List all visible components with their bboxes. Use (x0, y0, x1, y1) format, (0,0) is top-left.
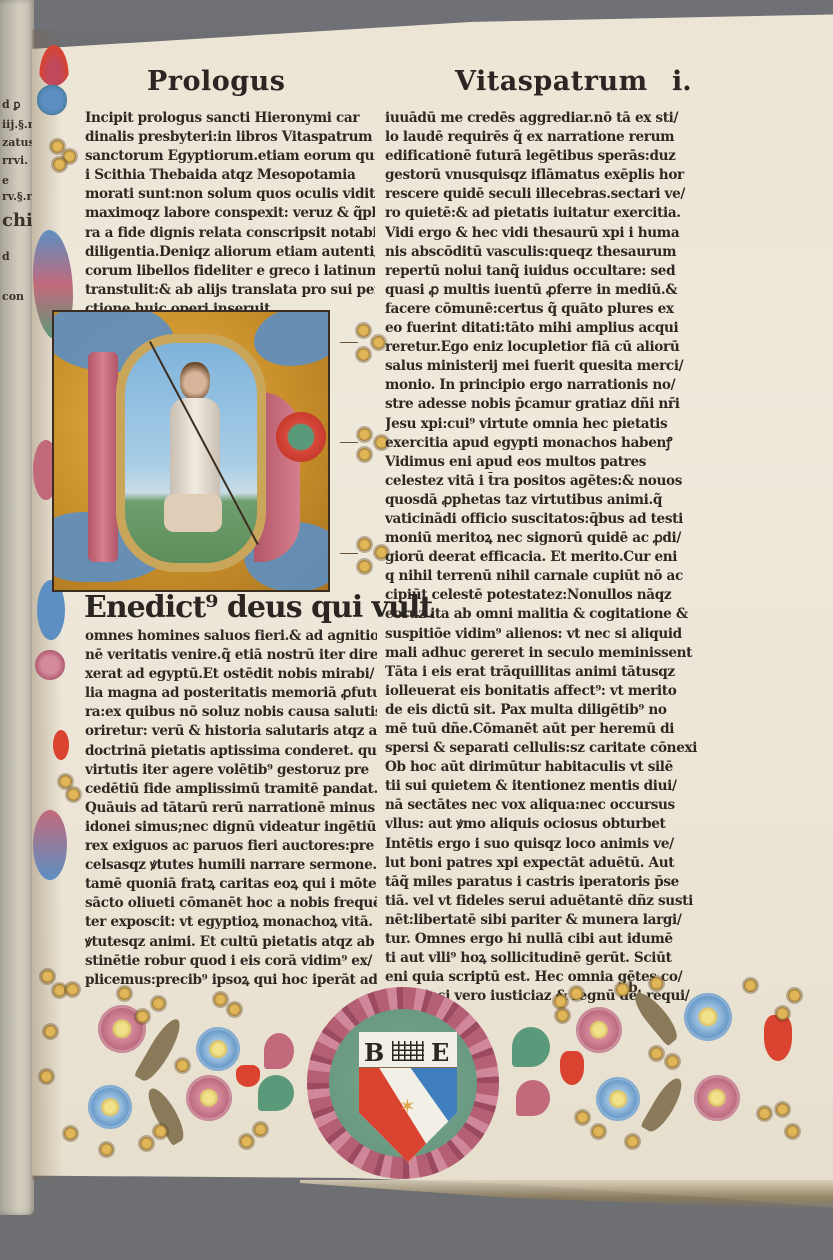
portcullis-icon (392, 1041, 424, 1061)
gold-disc-icon (650, 977, 663, 990)
gold-disc-icon (626, 1135, 639, 1148)
text-line: oriretur: verū & historia salutaris atqz… (85, 722, 377, 741)
hermit-head (180, 362, 210, 400)
text-line: repertū nolui tanq̃ iuidus occultare: se… (385, 262, 703, 281)
text-line: sanctorum Egyptiorum.etiam eorum qui (85, 147, 375, 166)
star-icon: ✶ (399, 1094, 416, 1118)
text-line: rex exiguos ac paruos fieri auctores:pre (85, 837, 377, 856)
prologue-text-column-left-bottom: omnes homines saluos fieri.& ad agnitio/… (85, 627, 377, 990)
gold-disc-icon (40, 1070, 53, 1083)
text-line: transtulit:& ab alijs translata pro sui … (85, 281, 375, 300)
acanthus-stem-icon (629, 988, 683, 1047)
pink-rose-icon (576, 1007, 622, 1053)
text-line: omnes homines saluos fieri.& ad agnitio/ (85, 627, 377, 646)
text-line: tāq̃ miles paratus i castris iperatoris … (385, 873, 703, 892)
leaf-fragment: rrvi. (2, 154, 28, 167)
blue-rose-icon (596, 1077, 640, 1121)
gold-disc-icon (100, 1143, 113, 1156)
acanthus-leaf-icon (33, 810, 67, 880)
blue-leaf-icon (37, 80, 67, 120)
text-line: exercitia apud egypti monachos habenꝭ (385, 434, 703, 453)
text-line: edificationē futurā legētibus sperās:duz (385, 147, 703, 166)
text-line: monio. In principio ergo narrationis no/ (385, 376, 703, 395)
hermit-legs (164, 494, 222, 532)
text-line: facere cōmunē:certus q̃ quāto plures ex (385, 300, 703, 319)
text-line: diligentia.Deniqz aliorum etiam autenti/ (85, 243, 375, 262)
gold-disc-icon (357, 348, 370, 361)
gold-disc-icon (64, 1127, 77, 1140)
text-line: lia magna ad posteritatis memoriā ꝓfutu (85, 684, 377, 703)
gold-disc-icon (44, 1025, 57, 1038)
gold-disc-icon (776, 1007, 789, 1020)
gold-disc-icon (666, 1055, 679, 1068)
gold-disc-icon (358, 428, 371, 441)
text-line: iuuādū me credēs aggrediar.nō tā ex sti/ (385, 109, 703, 128)
gold-disc-icon (616, 983, 629, 996)
blue-rose-icon (196, 1027, 240, 1071)
red-curl-icon (276, 412, 326, 462)
text-line: virtutis iter agere volētib⁹ gestoruz pr… (85, 761, 377, 780)
text-line: stinētie robur quod i eis corā vidim⁹ ex… (85, 952, 377, 971)
red-flower-icon (236, 1065, 260, 1087)
gold-disc-icon (650, 1047, 663, 1060)
coat-of-arms-wreath: B E ✶ (307, 987, 499, 1179)
previous-leaf-edge: d ꝑ iij.§.rvi zatus B rrvi. e rv.§.ri ch… (0, 0, 34, 1215)
text-line: corum libellos fideliter e greco i latin… (85, 262, 375, 281)
text-line: doctrinā pietatis aptissima conderet. qu… (85, 742, 377, 761)
gold-disc-icon (53, 158, 66, 171)
prologue-text-column-left-top: Incipit prologus sancti Hieronymi car di… (85, 109, 375, 319)
text-line: lut boni patres xpi expectāt aduētū. Aut (385, 854, 703, 873)
text-line: Ob hoc aūt dirimūtur habitaculis vt silē (385, 758, 703, 777)
gold-disc-icon (358, 448, 371, 461)
gold-disc-icon (66, 983, 79, 996)
gold-disc-icon (214, 993, 227, 1006)
text-line: celestez vitā i t̄ra positos agētes:& no… (385, 472, 703, 491)
gold-disc-icon (67, 788, 80, 801)
text-line: eoruz ita ab omni malitia & cogitatione … (385, 605, 703, 624)
text-line: Vidimus eni apud eos multos patres (385, 453, 703, 472)
gold-disc-icon (570, 987, 583, 1000)
letter-stem (88, 352, 118, 562)
gold-disc-icon (228, 1003, 241, 1016)
acanthus-stem-icon (142, 1084, 189, 1146)
text-line: i Scithia Thebaida atqz Mesopotamia (85, 166, 375, 185)
gold-disc-icon (140, 1137, 153, 1150)
pink-curl-icon (516, 1080, 550, 1116)
hermit-tunic (170, 398, 220, 498)
text-line: vaticinādi officio suscitatos:q̄bus ad t… (385, 510, 703, 529)
gold-disc-icon (254, 1123, 267, 1136)
text-line: gestorū vnusquisqz iflāmatus exēplis hor (385, 166, 703, 185)
leaf-fragment: e (2, 174, 9, 187)
text-line: iolleuerat eis bonitatis affect⁹: vt mer… (385, 682, 703, 701)
gold-disc-icon (136, 1010, 149, 1023)
text-line: dinalis presbyteri:in libros Vitaspatrum (85, 128, 375, 147)
text-line: giorū deerat efficacia. Et merito.Cur en… (385, 548, 703, 567)
text-line: nē veritatis venire.q̃ etiā nostrū iter … (85, 646, 377, 665)
text-line: cedētiū fide amplissimū tramitē pandat. (85, 780, 377, 799)
running-head-right: Vitaspatrum (455, 66, 648, 97)
text-line: morati sunt:non solum quos oculis vidit: (85, 185, 375, 204)
gold-disc-icon (554, 995, 567, 1008)
text-line: tur. Omnes ergo hi nullā cibi aut idumē (385, 930, 703, 949)
gold-disc-icon (744, 979, 757, 992)
shield-letter-e: E (431, 1038, 449, 1067)
illuminated-initial-b (52, 310, 330, 592)
text-line: stre adesse nobis p̄camur gratiaz dñi nr… (385, 395, 703, 414)
text-line: mali adhuc gereret in seculo meminissent (385, 644, 703, 663)
text-line: nā sectātes nec vox aliqua:nec occursus (385, 796, 703, 815)
gold-disc-icon (154, 1125, 167, 1138)
text-line: ꝟtutesqz animi. Et cultū pietatis atqz a… (85, 933, 377, 952)
text-line: vllus: aut ꝟmo aliquis ociosus obturbet (385, 815, 703, 834)
text-line: lo laudē requirēs q̃ ex narratione rerum (385, 128, 703, 147)
gold-disc-icon (592, 1125, 605, 1138)
leaf-fragment: d (2, 250, 10, 263)
text-line: Quāuis ad tātarū rerū narrationē minus (85, 799, 377, 818)
text-line: quosdā ꝓphetas taz virtutibus animi.q̃ (385, 491, 703, 510)
gold-disc-icon (788, 989, 801, 1002)
prologue-text-column-right: iuuādū me credēs aggrediar.nō tā ex sti/… (385, 109, 703, 1006)
incipit-line: Enedict⁹ deus qui vult (84, 590, 432, 625)
gold-disc-icon (576, 1111, 589, 1124)
text-line: idonei simus;nec dignū videatur ingētiū (85, 818, 377, 837)
gold-disc-icon (51, 140, 64, 153)
gold-disc-icon (176, 1059, 189, 1072)
text-line: spersi & separati cellulis:sz caritate c… (385, 739, 703, 758)
red-flower-icon (764, 1015, 792, 1061)
text-line: salus ministerij mei fuerit quesita merc… (385, 357, 703, 376)
acanthus-stem-icon (640, 1074, 687, 1136)
vine-stem (340, 553, 358, 554)
gold-disc-icon (59, 775, 72, 788)
gold-disc-icon (118, 987, 131, 1000)
text-line: eo fuerint ditati:tāto mihi amplius acqu… (385, 319, 703, 338)
text-line: Tāta i eis erat trāquillitas animi tātus… (385, 663, 703, 682)
shield-letter-b: B (364, 1038, 384, 1067)
pink-curl-icon (264, 1033, 294, 1069)
page-fore-edge (300, 1180, 833, 1210)
text-line: xerat ad egyptū.Et ostēdit nobis mirabi/ (85, 665, 377, 684)
gold-disc-icon (372, 336, 385, 349)
text-line: Vidi ergo & hec vidi thesaurū xpi i huma (385, 224, 703, 243)
text-line: maximoqz labore conspexit: veruz & q̃plu (85, 204, 375, 223)
running-head-left: Prologus (147, 66, 286, 97)
pink-rose-icon (186, 1075, 232, 1121)
text-line: ro quietē:& ad pietatis iuitatur exercit… (385, 204, 703, 223)
text-line: de eis dictū sit. Pax multa diligētib⁹ n… (385, 701, 703, 720)
text-line: rescere quidē seculi illecebras.sectari … (385, 185, 703, 204)
leaf-fragment: con (2, 290, 24, 303)
folio-number: i. (672, 66, 692, 97)
text-line: moniū meritoꝝ nec signorū quidē ac ꝓdi/ (385, 529, 703, 548)
pink-rose-icon (35, 650, 65, 680)
text-line: Incipit prologus sancti Hieronymi car (85, 109, 375, 128)
text-line: quasi ꝓ multis iuentū ꝓferre in mediū.& (385, 281, 703, 300)
gold-disc-icon (357, 324, 370, 337)
green-curl-icon (258, 1075, 294, 1111)
red-bud-icon (53, 730, 69, 760)
green-curl-icon (512, 1027, 550, 1067)
red-flower-icon (37, 40, 71, 86)
text-line: Jesu xpi:cui⁹ virtute omnia hec pietatis (385, 415, 703, 434)
pink-rose-icon (694, 1075, 740, 1121)
text-line: ter exposcit: vt egyptioꝝ monachoꝝ vitā. (85, 913, 377, 932)
gold-disc-icon (776, 1103, 789, 1116)
text-line: tamē quoniā fratꝝ caritas eoꝝ qui i mōte (85, 875, 377, 894)
vine-stem (340, 342, 358, 344)
text-line: cipiūt celestē potestatez:Nonullos nāqz (385, 586, 703, 605)
gold-disc-icon (152, 997, 165, 1010)
text-line: nis abscōditū vasculis:queqz thesaurum (385, 243, 703, 262)
text-line: Intētis ergo i suo quisqz loco animis ve… (385, 835, 703, 854)
text-line: mē tuū dñe.Cōmanēt aūt per heremū di (385, 720, 703, 739)
leaf-fragment: d ꝑ (2, 98, 21, 111)
gold-disc-icon (758, 1107, 771, 1120)
text-line: ti aut vlli⁹ hoꝝ sollicitudinē gerūt. Sc… (385, 949, 703, 968)
gold-disc-icon (786, 1125, 799, 1138)
vine-stem (340, 442, 358, 443)
blue-rose-icon (88, 1085, 132, 1129)
text-line: sācto oliueti cōmanēt hoc a nobis frequē (85, 894, 377, 913)
gold-disc-icon (358, 538, 371, 551)
gold-disc-icon (240, 1135, 253, 1148)
gold-disc-icon (556, 1009, 569, 1022)
text-line: ra:ex quibus nō soluz nobis causa saluti… (85, 703, 377, 722)
text-line: celsasqz ꝟtutes humili narrare sermone. (85, 856, 377, 875)
text-line: reretur.Ego eniz locupletior fiā cū alio… (385, 338, 703, 357)
text-line: q nihil terrenū nihil carnale cupiūt nō … (385, 567, 703, 586)
text-line: ra a fide dignis relata conscripsit nota… (85, 224, 375, 243)
red-flower-icon (560, 1051, 584, 1085)
text-line: suspitiōe vidim⁹ alienos: vt nec si aliq… (385, 625, 703, 644)
text-line: tii sui quietem & itentionez mentis diui… (385, 777, 703, 796)
acanthus-leaf-icon (254, 310, 330, 366)
text-line: tiā. vel vt fideles serui aduētantē dñz … (385, 892, 703, 911)
gold-disc-icon (358, 560, 371, 573)
blue-rose-icon (684, 993, 732, 1041)
text-line: nēt:libertatē sibi pariter & munera larg… (385, 911, 703, 930)
